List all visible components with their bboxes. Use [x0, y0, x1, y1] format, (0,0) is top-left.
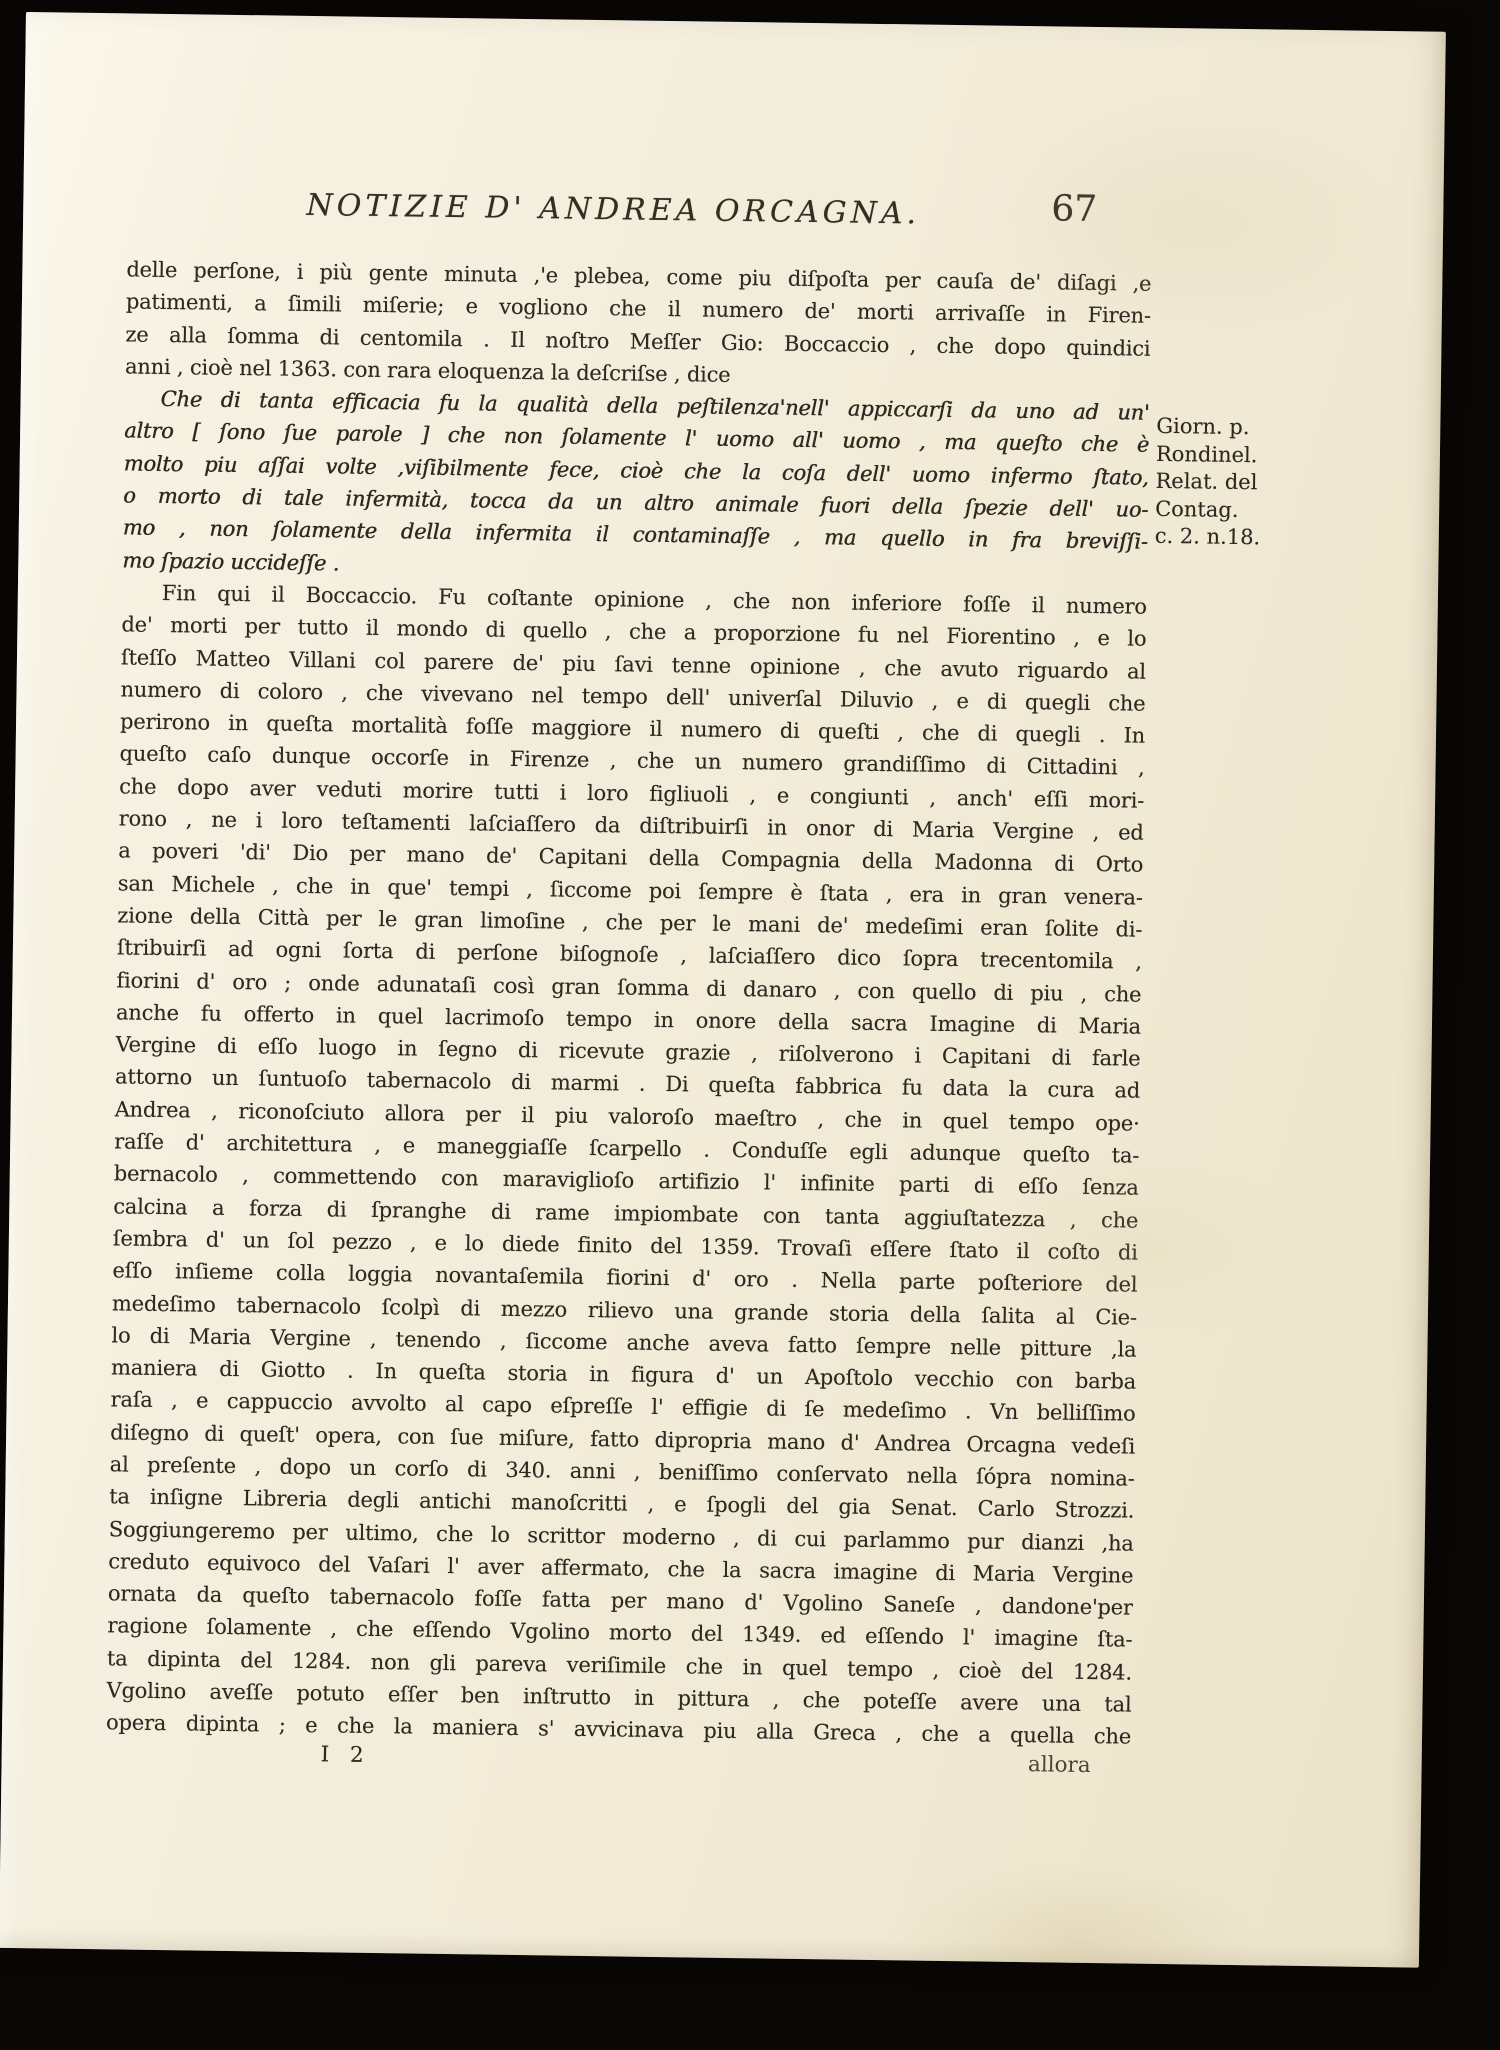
page-title: NOTIZIE D' ANDREA ORCAGNA.: [306, 188, 920, 232]
book-page: NOTIZIE D' ANDREA ORCAGNA. 67 delle perſ…: [0, 12, 1446, 1968]
quote-boccaccio: Che di tanta efficacia fu la qualità del…: [122, 383, 1150, 591]
running-header: NOTIZIE D' ANDREA ORCAGNA.: [23, 184, 1203, 235]
scanned-book-photo: NOTIZIE D' ANDREA ORCAGNA. 67 delle perſ…: [0, 0, 1500, 2050]
paragraph-main: Fin qui il Boccaccio. Fu coſtante opinio…: [106, 576, 1147, 1753]
signature-mark: I 2: [321, 1742, 371, 1768]
margin-note-line: c. 2. n.18.: [1155, 523, 1315, 553]
page-number: 67: [1051, 188, 1097, 230]
margin-note-line: Giorn. p.: [1156, 413, 1316, 443]
catchword: allora: [1028, 1752, 1091, 1778]
margin-note: Giorn. p.Rondinel.Relat. delContag.c. 2.…: [1155, 413, 1317, 553]
body-text: delle perſone, i più gente minuta ,'e pl…: [105, 253, 1151, 1787]
margin-note-line: Relat. del: [1155, 468, 1315, 498]
margin-note-line: Contag.: [1155, 496, 1315, 526]
margin-note-line: Rondinel.: [1156, 440, 1316, 470]
paragraph-intro: delle perſone, i più gente minuta ,'e pl…: [125, 253, 1152, 396]
